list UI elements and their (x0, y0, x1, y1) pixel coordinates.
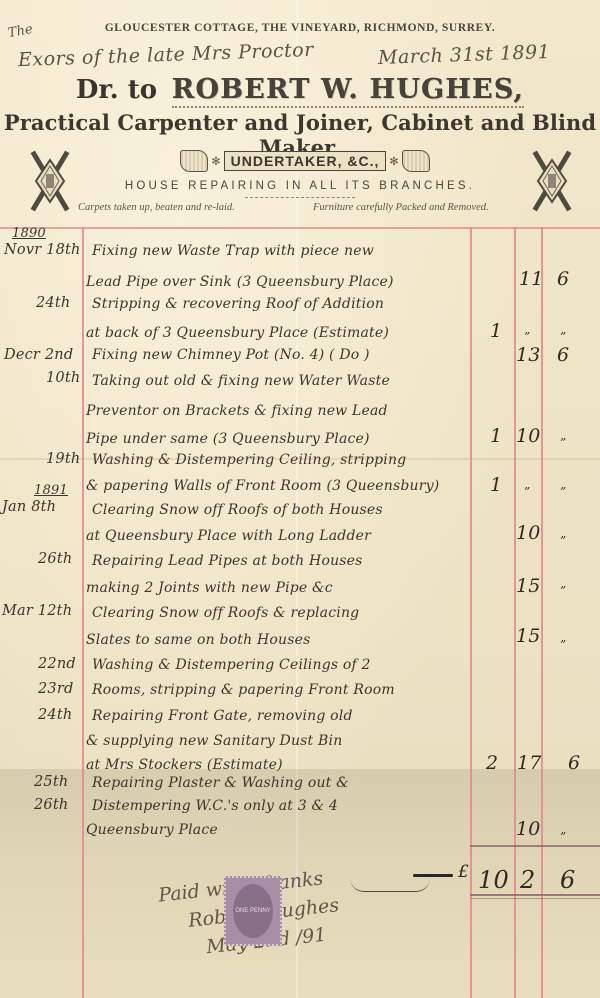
subtotal-rule (470, 845, 600, 847)
entry-pence: 6 (568, 752, 580, 774)
entry-date: 10th (46, 370, 80, 386)
shillings-column-rule (514, 227, 516, 998)
entry-date: Novr 18th (4, 242, 81, 258)
entry-line: Repairing Lead Pipes at both Houses (92, 553, 363, 569)
entry-date: 24th (36, 295, 70, 311)
entry-shillings: 17 (517, 752, 542, 774)
entry-date: Decr 2nd (4, 347, 73, 363)
stamp-portrait: ONE PENNY (233, 884, 273, 938)
entry-line: & papering Walls of Front Room (3 Queens… (86, 478, 439, 494)
entry-pence: 6 (557, 268, 569, 290)
revenue-stamp-icon: ONE PENNY (224, 876, 282, 946)
entry-line: Preventor on Brackets & fixing new Lead (86, 403, 388, 419)
carpenter-emblem-icon (28, 148, 72, 214)
entry-date: 25th (34, 774, 68, 790)
furniture-service-note: Furniture carefully Packed and Removed. (313, 202, 489, 213)
entry-shillings: 10 (516, 425, 541, 447)
debtor-prefix: Dr. to (76, 75, 157, 105)
pounds-column-rule (470, 227, 472, 998)
entry-shillings: 11 (519, 268, 544, 290)
addressee-name: Exors of the late Mrs Proctor (18, 39, 314, 71)
entry-line: & supplying new Sanitary Dust Bin (86, 733, 342, 749)
entry-line: Stripping & recovering Roof of Addition (92, 296, 384, 312)
total-rule-double (470, 898, 600, 899)
total-flourish (350, 878, 430, 892)
entry-line: Clearing Snow off Roofs & replacing (92, 605, 359, 621)
entry-pence: ” (560, 638, 566, 652)
firm-name: ROBERT W. HUGHES, (172, 74, 524, 108)
date-margin-rule (82, 227, 84, 998)
entry-shillings: 10 (516, 522, 541, 544)
total-rule (470, 894, 600, 896)
entry-pence: ” (560, 534, 566, 548)
carpet-service-note: Carpets taken up, beaten and re-laid. (78, 202, 235, 213)
services-line: HOUSE REPAIRING IN ALL ITS BRANCHES. (0, 180, 600, 192)
entry-line: Washing & Distempering Ceilings of 2 (92, 657, 371, 673)
entry-pence: ” (560, 485, 566, 499)
year-label: 1890 (12, 226, 46, 241)
entry-pence: 6 (557, 344, 569, 366)
entry-line: Repairing Front Gate, removing old (92, 708, 353, 724)
total-shillings: 2 (520, 866, 535, 894)
flourish-icon: ✻ (211, 155, 220, 168)
entry-line: Fixing new Waste Trap with piece new (92, 243, 374, 259)
entry-line: Pipe under same (3 Queensbury Place) (86, 431, 370, 447)
entry-date: 22nd (38, 656, 76, 672)
banner-label: UNDERTAKER, &C., (224, 151, 387, 171)
entry-line: making 2 Joints with new Pipe &c (86, 580, 333, 596)
entry-date: 23rd (38, 681, 73, 697)
entry-line: at back of 3 Queensbury Place (Estimate) (86, 325, 389, 341)
total-currency: £ (458, 862, 469, 882)
entry-line: Repairing Plaster & Washing out & (92, 775, 349, 791)
scroll-ornament-icon (402, 150, 430, 172)
entry-shillings: 15 (516, 625, 541, 647)
entry-line: Rooms, stripping & papering Front Room (92, 682, 395, 698)
entry-pence: ” (560, 436, 566, 450)
invoice-sheet: GLOUCESTER COTTAGE, THE VINEYARD, RICHMO… (0, 0, 600, 998)
entry-pounds: 1 (490, 320, 502, 342)
stamp-label: ONE PENNY (235, 908, 270, 915)
entry-pounds: 2 (486, 752, 498, 774)
entry-pence: ” (560, 830, 566, 844)
bill-date: March 31st 1891 (378, 41, 551, 69)
entry-line: Clearing Snow off Roofs of both Houses (92, 502, 383, 518)
entry-pounds: 1 (490, 474, 502, 496)
entry-shillings: ” (524, 485, 530, 499)
entry-line: Taking out old & fixing new Water Waste (92, 373, 390, 389)
total-pounds: 10 (478, 866, 509, 894)
entry-date: Mar 12th (2, 603, 72, 619)
pence-column-rule (541, 227, 543, 998)
entry-line: at Queensbury Place with Long Ladder (86, 528, 371, 544)
entry-line: Washing & Distempering Ceiling, strippin… (92, 452, 406, 468)
ledger-top-rule (0, 227, 600, 229)
year-label: 1891 (34, 483, 68, 498)
entry-line: Fixing new Chimney Pot (No. 4) ( Do ) (92, 347, 370, 363)
entry-shillings: 10 (516, 818, 541, 840)
entry-line: Queensbury Place (86, 822, 218, 838)
ornamental-rule (245, 197, 355, 198)
business-address: GLOUCESTER COTTAGE, THE VINEYARD, RICHMO… (0, 22, 600, 34)
entry-shillings: ” (524, 330, 530, 344)
entry-line: at Mrs Stockers (Estimate) (86, 757, 283, 773)
entry-pence: ” (560, 584, 566, 598)
entry-date: 24th (38, 707, 72, 723)
entry-date: 26th (34, 797, 68, 813)
entry-pounds: 1 (490, 425, 502, 447)
entry-line: Distempering W.C.'s only at 3 & 4 (92, 798, 338, 814)
total-pence: 6 (560, 866, 575, 894)
entry-date: Jan 8th (2, 499, 56, 515)
entry-date: 19th (46, 451, 80, 467)
entry-pence: ” (560, 330, 566, 344)
scroll-ornament-icon (180, 150, 208, 172)
entry-line: Slates to same on both Houses (86, 632, 311, 648)
entry-shillings: 15 (516, 575, 541, 597)
total-dash (413, 874, 453, 877)
debtor-line: Dr. to ROBERT W. HUGHES, (0, 74, 600, 105)
entry-shillings: 13 (516, 344, 541, 366)
addressee-prefix: The (7, 22, 34, 41)
carpenter-emblem-icon (530, 148, 574, 214)
undertaker-banner: ✻ UNDERTAKER, &C., ✻ (178, 148, 432, 174)
entry-line: Lead Pipe over Sink (3 Queensbury Place) (86, 274, 394, 290)
entry-date: 26th (38, 551, 72, 567)
flourish-icon: ✻ (389, 155, 398, 168)
